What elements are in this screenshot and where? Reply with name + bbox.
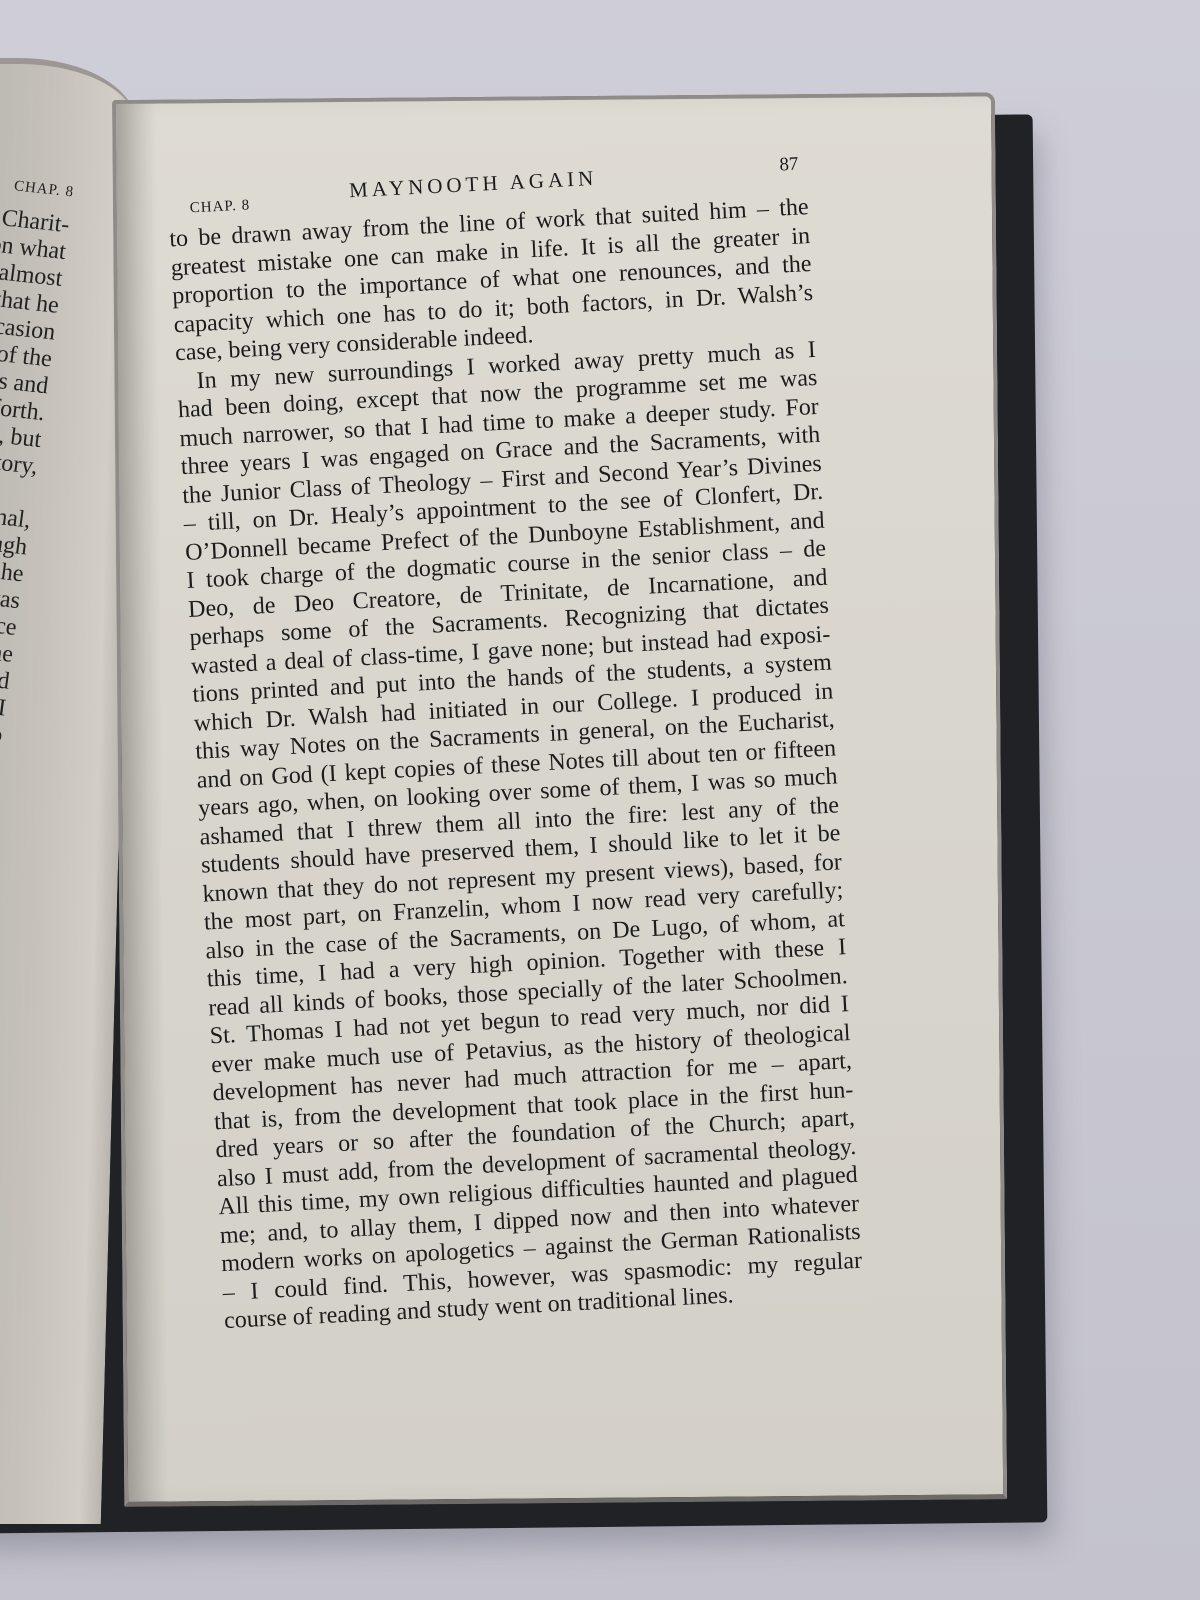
- page-content: CHAP. 8 MAYNOOTH AGAIN 87 to be drawn aw…: [167, 155, 864, 1335]
- chapter-label: CHAP. 8: [189, 197, 250, 217]
- page-number: 87: [779, 154, 799, 177]
- page-title: MAYNOOTH AGAIN: [349, 166, 598, 204]
- right-page: CHAP. 8 MAYNOOTH AGAIN 87 to be drawn aw…: [112, 92, 1007, 1507]
- body-text: to be drawn away from the line of work t…: [169, 193, 864, 1335]
- left-page-lines: f Charit-on whats almostthat heccasionof…: [0, 200, 131, 1105]
- gutter-shadow: [116, 104, 168, 1502]
